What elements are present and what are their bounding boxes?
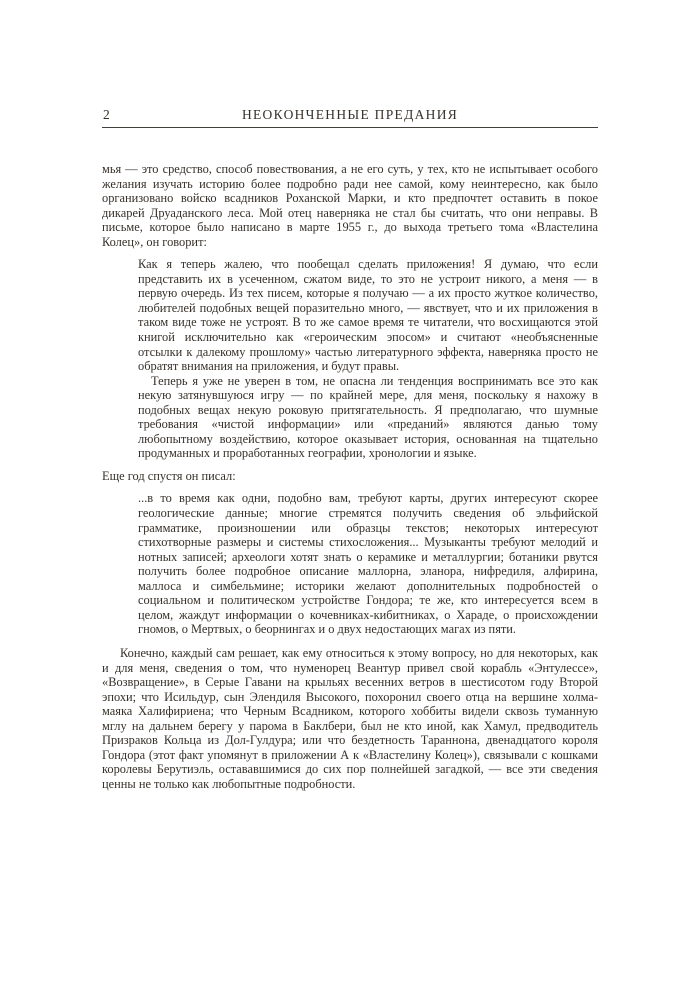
letter-quote-2: ...в то время как одни, подобно вам, тре… [138, 491, 598, 636]
connector-line: Еще год спустя он писал: [102, 469, 598, 484]
letter-quote-2-paragraph: ...в то время как одни, подобно вам, тре… [138, 491, 598, 636]
letter-quote-1-paragraph-1: Как я теперь жалею, что пообещал сделать… [138, 257, 598, 373]
letter-quote-1: Как я теперь жалею, что пообещал сделать… [138, 257, 598, 461]
letter-quote-1-paragraph-2: Теперь я уже не уверен в том, не опасна … [138, 374, 598, 461]
closing-paragraph: Конечно, каждый сам решает, как ему отно… [102, 646, 598, 791]
book-page: 2 НЕОКОНЧЕННЫЕ ПРЕДАНИЯ мья — это средст… [0, 0, 682, 1001]
body-text: мья — это средство, способ повествования… [102, 162, 598, 791]
running-title: НЕОКОНЧЕННЫЕ ПРЕДАНИЯ [102, 107, 598, 123]
running-header: 2 НЕОКОНЧЕННЫЕ ПРЕДАНИЯ [102, 107, 598, 128]
opening-paragraph: мья — это средство, способ повествования… [102, 162, 598, 249]
page-content-column: 2 НЕОКОНЧЕННЫЕ ПРЕДАНИЯ мья — это средст… [102, 107, 598, 791]
